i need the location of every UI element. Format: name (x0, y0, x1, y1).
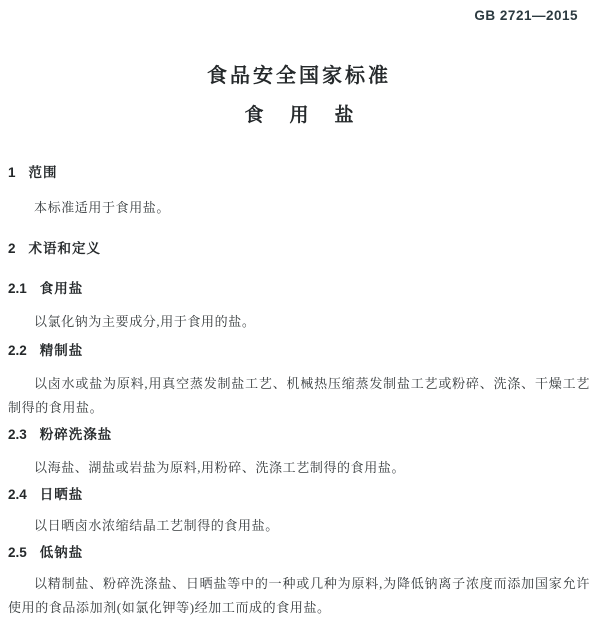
document-title: 食品安全国家标准 (8, 64, 590, 88)
section-number: 2.4 (8, 488, 27, 502)
section-terms-definitions: 2术语和定义 (8, 242, 590, 256)
section-heading-label: 食用盐 (40, 281, 84, 296)
section-paragraph: 以海盐、湖盐或岩盐为原料,用粉碎、洗涤工艺制得的食用盐。 (8, 456, 590, 480)
section-heading-label: 精制盐 (40, 343, 84, 358)
section-paragraph: 以精制盐、粉碎洗涤盐、日晒盐等中的一种或几种为原料,为降低钠离子浓度而添加国家允… (8, 572, 590, 620)
section-paragraph: 以卤水或盐为原料,用真空蒸发制盐工艺、机械热压缩蒸发制盐工艺或粉碎、洗涤、干燥工… (8, 372, 590, 420)
section-number: 2.5 (8, 546, 27, 560)
section-paragraph: 以日晒卤水浓缩结晶工艺制得的食用盐。 (8, 514, 590, 538)
section-2-5-low-sodium-salt: 2.5低钠盐 以精制盐、粉碎洗涤盐、日晒盐等中的一种或几种为原料,为降低钠离子浓… (8, 546, 590, 620)
section-scope: 1范围 本标准适用于食用盐。 (8, 166, 590, 220)
section-2-4-sun-dried-salt: 2.4日晒盐 以日晒卤水浓缩结晶工艺制得的食用盐。 (8, 488, 590, 538)
document-subtitle: 食用盐 (8, 104, 590, 128)
section-number: 2.3 (8, 428, 27, 442)
document-page: GB 2721—2015 食品安全国家标准 食用盐 1范围 本标准适用于食用盐。… (0, 0, 600, 622)
section-heading-label: 日晒盐 (40, 487, 84, 502)
standard-code: GB 2721—2015 (8, 8, 590, 24)
section-number: 1 (8, 166, 16, 180)
section-heading: 2.1食用盐 (8, 282, 590, 296)
section-2-1-edible-salt: 2.1食用盐 以氯化钠为主要成分,用于食用的盐。 (8, 282, 590, 334)
section-heading-label: 低钠盐 (40, 545, 84, 560)
section-paragraph: 以氯化钠为主要成分,用于食用的盐。 (8, 310, 590, 334)
section-heading: 2.2精制盐 (8, 344, 590, 358)
section-heading: 2术语和定义 (8, 242, 590, 256)
section-heading-label: 术语和定义 (29, 241, 102, 256)
section-heading-label: 范围 (29, 165, 58, 180)
section-heading: 1范围 (8, 166, 590, 180)
section-heading: 2.3粉碎洗涤盐 (8, 428, 590, 442)
section-heading: 2.5低钠盐 (8, 546, 590, 560)
section-heading-label: 粉碎洗涤盐 (40, 427, 113, 442)
section-number: 2 (8, 242, 16, 256)
section-paragraph: 本标准适用于食用盐。 (8, 196, 590, 220)
section-2-2-refined-salt: 2.2精制盐 以卤水或盐为原料,用真空蒸发制盐工艺、机械热压缩蒸发制盐工艺或粉碎… (8, 344, 590, 420)
section-number: 2.1 (8, 282, 27, 296)
section-heading: 2.4日晒盐 (8, 488, 590, 502)
section-number: 2.2 (8, 344, 27, 358)
section-2-3-crushed-washed-salt: 2.3粉碎洗涤盐 以海盐、湖盐或岩盐为原料,用粉碎、洗涤工艺制得的食用盐。 (8, 428, 590, 480)
